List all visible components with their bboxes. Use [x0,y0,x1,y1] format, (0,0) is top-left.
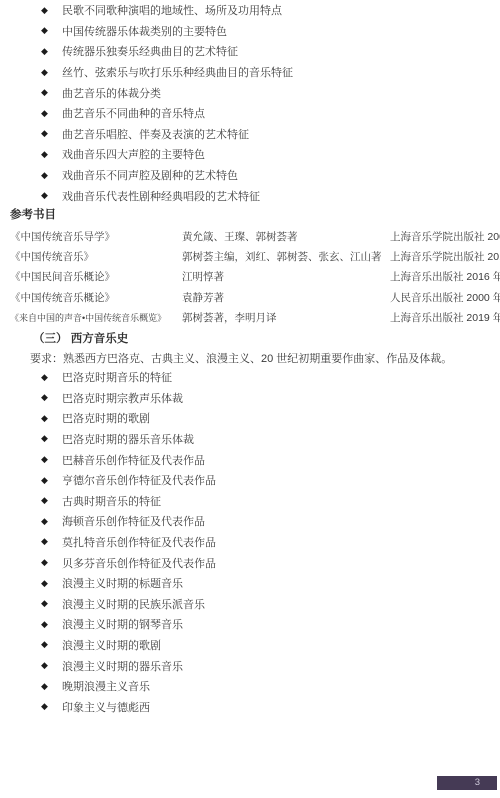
topic-list-item: ◆ 戏曲音乐四大声腔的主要特色 [0,144,500,165]
western-music-topic-list: ◆ 巴洛克时期音乐的特征 ◆ 巴洛克时期宗教声乐体裁 ◆ 巴洛克时期的歌剧 ◆ … [0,367,500,717]
diamond-bullet-icon: ◆ [41,150,62,159]
topic-text: 晚期浪漫主义音乐 [62,678,150,694]
topic-list-item: ◆ 古典时期音乐的特征 [0,490,500,511]
topic-text: 浪漫主义时期的器乐音乐 [62,658,183,674]
book-authors: 江明惇著 [182,269,390,284]
topic-text: 戏曲音乐四大声腔的主要特色 [62,146,205,162]
book-title: 《来自中国的声音•中国传统音乐概览》 [10,311,182,324]
book-publisher: 上海音乐出版社 2016 年 [390,269,500,284]
topic-list-item: ◆ 巴赫音乐创作特征及代表作品 [0,449,500,470]
reference-book-row: 《中国民间音乐概论》 江明惇著 上海音乐出版社 2016 年 [0,267,500,287]
requirement-line: 要求：熟悉西方巴洛克、古典主义、浪漫主义、20 世纪初期重要作曲家、作品及体裁。 [30,351,500,367]
topic-text: 曲艺音乐唱腔、伴奏及表演的艺术特征 [62,126,249,142]
topic-list-item: ◆ 浪漫主义时期的器乐音乐 [0,655,500,676]
topic-text: 印象主义与德彪西 [62,699,150,715]
diamond-bullet-icon: ◆ [41,558,62,567]
topic-list-item: ◆ 浪漫主义时期的民族乐派音乐 [0,593,500,614]
references-table: 《中国传统音乐导学》 黄允箴、王璨、郭树荟著 上海音乐学院出版社 200 《中国… [0,226,500,328]
book-title: 《中国传统音乐导学》 [10,229,182,244]
topic-list-item: ◆ 浪漫主义时期的钢琴音乐 [0,614,500,635]
topic-text: 亨德尔音乐创作特征及代表作品 [62,472,216,488]
references-heading: 参考书目 [10,208,500,222]
diamond-bullet-icon: ◆ [41,455,62,464]
topic-list-item: ◆ 曲艺音乐唱腔、伴奏及表演的艺术特征 [0,124,500,145]
topic-list-item: ◆ 印象主义与德彪西 [0,696,500,717]
diamond-bullet-icon: ◆ [41,537,62,546]
diamond-bullet-icon: ◆ [41,129,62,138]
diamond-bullet-icon: ◆ [41,171,62,180]
diamond-bullet-icon: ◆ [41,26,62,35]
diamond-bullet-icon: ◆ [41,88,62,97]
topic-list-item: ◆ 海顿音乐创作特征及代表作品 [0,511,500,532]
section-heading-western-music-history: （三） 西方音乐史 [33,332,500,346]
topic-list-item: ◆ 巴洛克时期的歌剧 [0,408,500,429]
diamond-bullet-icon: ◆ [41,109,62,118]
page-number-badge: 3 [437,776,497,790]
topic-list-item: ◆ 浪漫主义时期的歌剧 [0,635,500,656]
topic-list-item: ◆ 戏曲音乐不同声腔及剧种的艺术特色 [0,165,500,186]
diamond-bullet-icon: ◆ [41,434,62,443]
book-authors: 黄允箴、王璨、郭树荟著 [182,229,390,244]
book-publisher: 上海音乐出版社 2019 年 [390,310,500,325]
topic-list-item: ◆ 莫扎特音乐创作特征及代表作品 [0,532,500,553]
topic-list-item: ◆ 曲艺音乐的体裁分类 [0,82,500,103]
china-traditional-music-topic-list: ◆ 民歌不同歌种演唱的地域性、场所及功用特点 ◆ 中国传统器乐体裁类别的主要特色… [0,0,500,206]
diamond-bullet-icon: ◆ [41,640,62,649]
diamond-bullet-icon: ◆ [41,702,62,711]
diamond-bullet-icon: ◆ [41,47,62,56]
book-authors: 郭树荟著，李明月译 [182,310,390,325]
diamond-bullet-icon: ◆ [41,476,62,485]
diamond-bullet-icon: ◆ [41,620,62,629]
topic-text: 巴洛克时期的歌剧 [62,410,150,426]
diamond-bullet-icon: ◆ [41,373,62,382]
topic-list-item: ◆ 贝多芬音乐创作特征及代表作品 [0,552,500,573]
topic-text: 浪漫主义时期的歌剧 [62,637,161,653]
diamond-bullet-icon: ◆ [41,661,62,670]
topic-text: 民歌不同歌种演唱的地域性、场所及功用特点 [62,2,282,18]
topic-list-item: ◆ 丝竹、弦索乐与吹打乐乐种经典曲目的音乐特征 [0,62,500,83]
topic-text: 巴洛克时期音乐的特征 [62,369,172,385]
book-publisher: 上海音乐学院出版社 200 [390,229,500,244]
topic-text: 传统器乐独奏乐经典曲目的艺术特征 [62,43,238,59]
topic-list-item: ◆ 民歌不同歌种演唱的地域性、场所及功用特点 [0,0,500,21]
diamond-bullet-icon: ◆ [41,393,62,402]
topic-list-item: ◆ 巴洛克时期的器乐音乐体裁 [0,429,500,450]
topic-text: 古典时期音乐的特征 [62,493,161,509]
topic-text: 莫扎特音乐创作特征及代表作品 [62,534,216,550]
book-title: 《中国民间音乐概论》 [10,269,182,284]
book-publisher: 上海音乐学院出版社 201 [390,249,500,264]
topic-list-item: ◆ 巴洛克时期宗教声乐体裁 [0,387,500,408]
topic-list-item: ◆ 中国传统器乐体裁类别的主要特色 [0,21,500,42]
diamond-bullet-icon: ◆ [41,517,62,526]
topic-list-item: ◆ 晚期浪漫主义音乐 [0,676,500,697]
reference-book-row: 《中国传统音乐导学》 黄允箴、王璨、郭树荟著 上海音乐学院出版社 200 [0,226,500,246]
diamond-bullet-icon: ◆ [41,496,62,505]
topic-text: 浪漫主义时期的钢琴音乐 [62,616,183,632]
topic-text: 戏曲音乐不同声腔及剧种的艺术特色 [62,167,238,183]
reference-book-row: 《中国传统音乐》 郭树荟主编，刘红、郭树荟、张玄、江山著 上海音乐学院出版社 2… [0,246,500,266]
diamond-bullet-icon: ◆ [41,682,62,691]
topic-text: 海顿音乐创作特征及代表作品 [62,513,205,529]
topic-text: 贝多芬音乐创作特征及代表作品 [62,555,216,571]
topic-text: 曲艺音乐不同曲种的音乐特点 [62,105,205,121]
topic-list-item: ◆ 亨德尔音乐创作特征及代表作品 [0,470,500,491]
diamond-bullet-icon: ◆ [41,579,62,588]
book-publisher: 人民音乐出版社 2000 年 [390,290,500,305]
topic-text: 曲艺音乐的体裁分类 [62,85,161,101]
book-title: 《中国传统音乐概论》 [10,290,182,305]
topic-list-item: ◆ 戏曲音乐代表性剧种经典唱段的艺术特征 [0,185,500,206]
topic-text: 中国传统器乐体裁类别的主要特色 [62,23,227,39]
diamond-bullet-icon: ◆ [41,414,62,423]
diamond-bullet-icon: ◆ [41,191,62,200]
topic-text: 丝竹、弦索乐与吹打乐乐种经典曲目的音乐特征 [62,64,293,80]
document-page: ◆ 民歌不同歌种演唱的地域性、场所及功用特点 ◆ 中国传统器乐体裁类别的主要特色… [0,0,500,798]
page-number: 3 [475,778,480,788]
topic-text: 戏曲音乐代表性剧种经典唱段的艺术特征 [62,188,260,204]
reference-book-row: 《中国传统音乐概论》 袁静芳著 人民音乐出版社 2000 年 [0,287,500,307]
topic-text: 浪漫主义时期的民族乐派音乐 [62,596,205,612]
book-authors: 袁静芳著 [182,290,390,305]
topic-text: 巴赫音乐创作特征及代表作品 [62,452,205,468]
diamond-bullet-icon: ◆ [41,68,62,77]
topic-text: 巴洛克时期宗教声乐体裁 [62,390,183,406]
reference-book-row: 《来自中国的声音•中国传统音乐概览》 郭树荟著，李明月译 上海音乐出版社 201… [0,308,500,328]
topic-list-item: ◆ 浪漫主义时期的标题音乐 [0,573,500,594]
topic-list-item: ◆ 曲艺音乐不同曲种的音乐特点 [0,103,500,124]
book-title: 《中国传统音乐》 [10,249,182,264]
topic-text: 巴洛克时期的器乐音乐体裁 [62,431,194,447]
topic-list-item: ◆ 巴洛克时期音乐的特征 [0,367,500,388]
diamond-bullet-icon: ◆ [41,599,62,608]
diamond-bullet-icon: ◆ [41,6,62,15]
book-authors: 郭树荟主编，刘红、郭树荟、张玄、江山著 [182,249,390,264]
topic-text: 浪漫主义时期的标题音乐 [62,575,183,591]
topic-list-item: ◆ 传统器乐独奏乐经典曲目的艺术特征 [0,41,500,62]
